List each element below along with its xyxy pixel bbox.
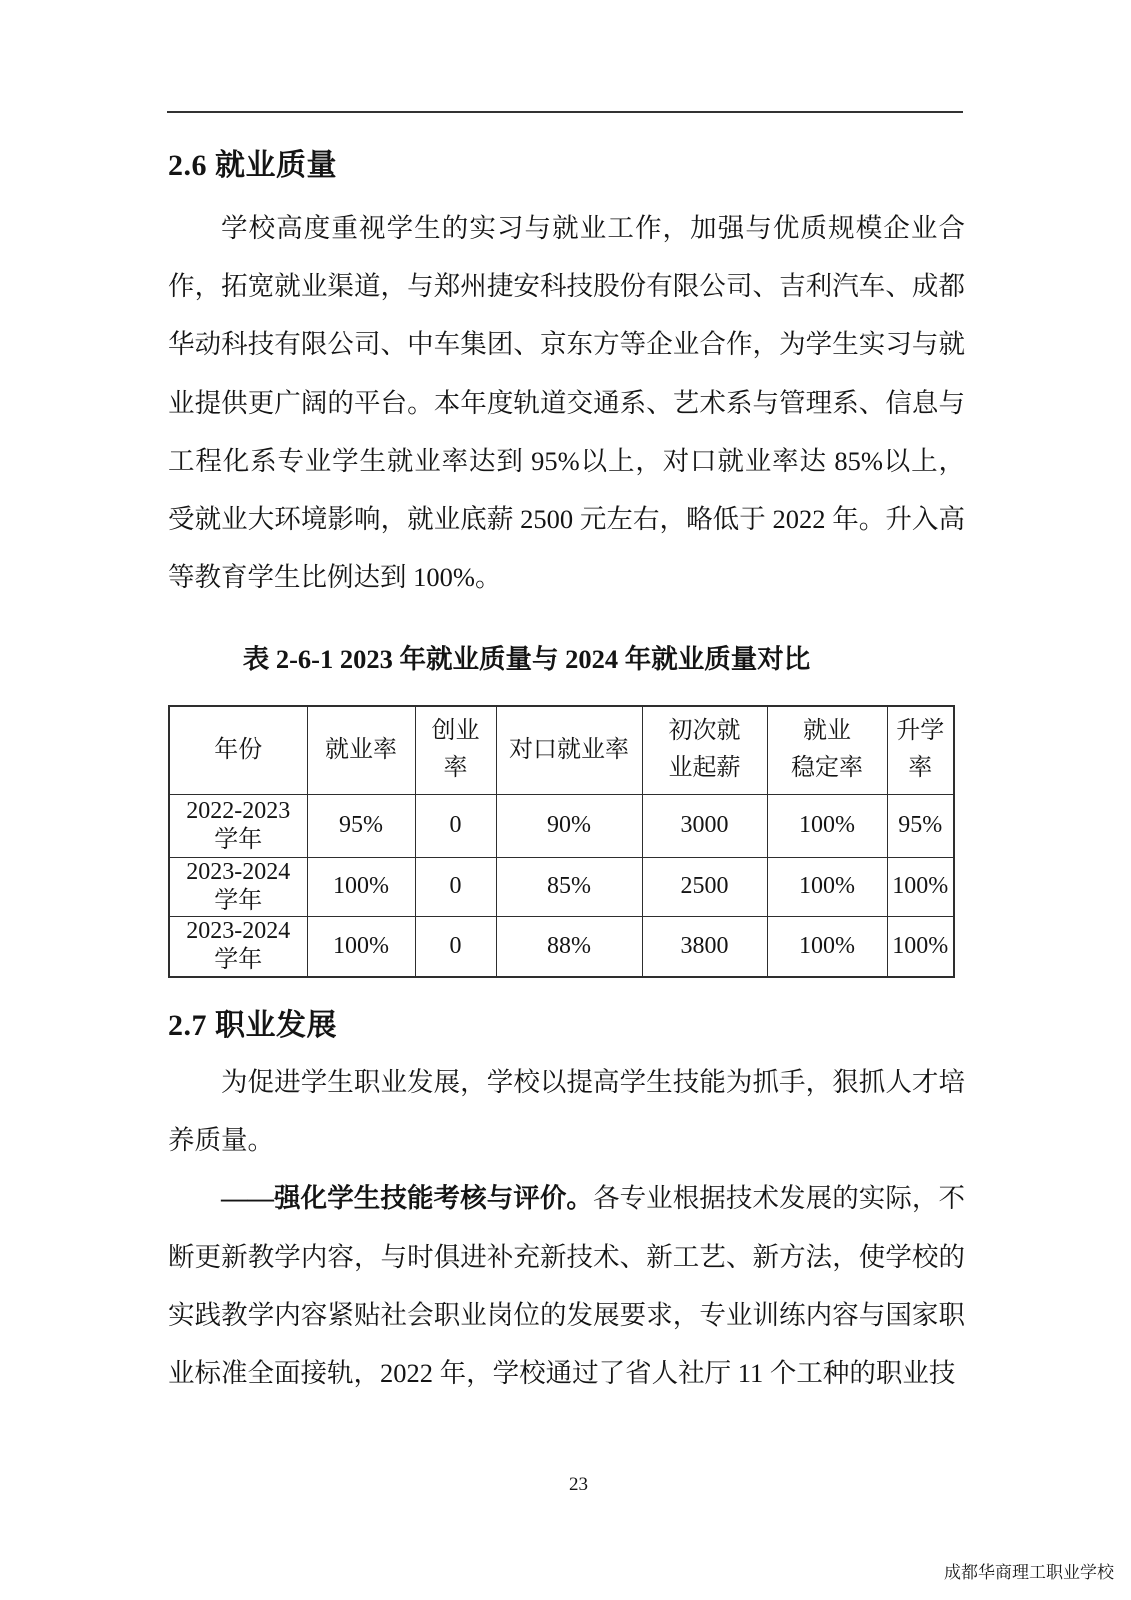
table-row: 2023-2024 学年100%088%3800100%100% — [169, 916, 954, 977]
table-cell: 100% — [767, 916, 887, 977]
column-header: 年份 — [169, 706, 307, 794]
column-header: 创业 率 — [415, 706, 496, 794]
table-cell: 3800 — [642, 916, 767, 977]
table-cell: 90% — [496, 794, 642, 857]
career-development-paragraph-2: ——强化学生技能考核与评价。各专业根据技术发展的实际，不断更新教学内容，与时俱进… — [168, 1169, 965, 1402]
section-heading-career-development: 2.7 职业发展 — [168, 1006, 965, 1046]
table-row: 2023-2024 学年100%085%2500100%100% — [169, 857, 954, 916]
table-cell: 100% — [307, 916, 415, 977]
table-caption-text: 表 2-6-1 2023 年就业质量与 2024 年就业质量对比 — [243, 644, 811, 674]
table-cell: 85% — [496, 857, 642, 916]
section-heading-employment-quality: 2.6 就业质量 — [168, 146, 965, 186]
table-header-row: 年份就业率创业 率对口就业率初次就 业起薪就业 稳定率升学 率 — [169, 706, 954, 794]
watermark-school-name: 成都华商理工职业学校 — [944, 1560, 1114, 1586]
column-header: 对口就业率 — [496, 706, 642, 794]
table-cell: 0 — [415, 916, 496, 977]
paragraph-bold-lead: ——强化学生技能考核与评价。 — [221, 1183, 593, 1213]
table-cell: 2023-2024 学年 — [169, 857, 307, 916]
table-cell: 2022-2023 学年 — [169, 794, 307, 857]
table-caption: 表 2-6-1 2023 年就业质量与 2024 年就业质量对比 — [168, 642, 965, 676]
employment-comparison-table: 年份就业率创业 率对口就业率初次就 业起薪就业 稳定率升学 率 2022-202… — [168, 705, 955, 978]
table-cell: 2500 — [642, 857, 767, 916]
table-cell: 3000 — [642, 794, 767, 857]
page-number: 23 — [0, 1471, 1131, 1499]
column-header: 初次就 业起薪 — [642, 706, 767, 794]
document-page: 2.6 就业质量 学校高度重视学生的实习与就业工作，加强与优质规模企业合作，拓宽… — [0, 0, 1131, 1600]
table-row: 2022-2023 学年95%090%3000100%95% — [169, 794, 954, 857]
career-development-text: 为促进学生职业发展，学校以提高学生技能为抓手，狠抓人才培养质量。 ——强化学生技… — [168, 1053, 965, 1402]
column-header: 就业 稳定率 — [767, 706, 887, 794]
employment-quality-text: 学校高度重视学生的实习与就业工作，加强与优质规模企业合作，拓宽就业渠道，与郑州捷… — [168, 199, 965, 606]
header-rule — [167, 111, 963, 113]
table-cell: 2023-2024 学年 — [169, 916, 307, 977]
table-cell: 95% — [307, 794, 415, 857]
table-cell: 0 — [415, 857, 496, 916]
table-cell: 95% — [887, 794, 954, 857]
column-header: 就业率 — [307, 706, 415, 794]
table-cell: 100% — [767, 857, 887, 916]
table-cell: 100% — [767, 794, 887, 857]
table-cell: 88% — [496, 916, 642, 977]
table-cell: 100% — [887, 916, 954, 977]
career-development-paragraph-1: 为促进学生职业发展，学校以提高学生技能为抓手，狠抓人才培养质量。 — [168, 1053, 965, 1169]
table-cell: 100% — [887, 857, 954, 916]
column-header: 升学 率 — [887, 706, 954, 794]
table-cell: 0 — [415, 794, 496, 857]
table-cell: 100% — [307, 857, 415, 916]
employment-quality-paragraph: 学校高度重视学生的实习与就业工作，加强与优质规模企业合作，拓宽就业渠道，与郑州捷… — [168, 199, 965, 606]
paragraph-rest: 各专业根据技术发展的实际，不断更新教学内容，与时俱进补充新技术、新工艺、新方法，… — [168, 1183, 965, 1388]
table-body: 2022-2023 学年95%090%3000100%95%2023-2024 … — [169, 794, 954, 977]
